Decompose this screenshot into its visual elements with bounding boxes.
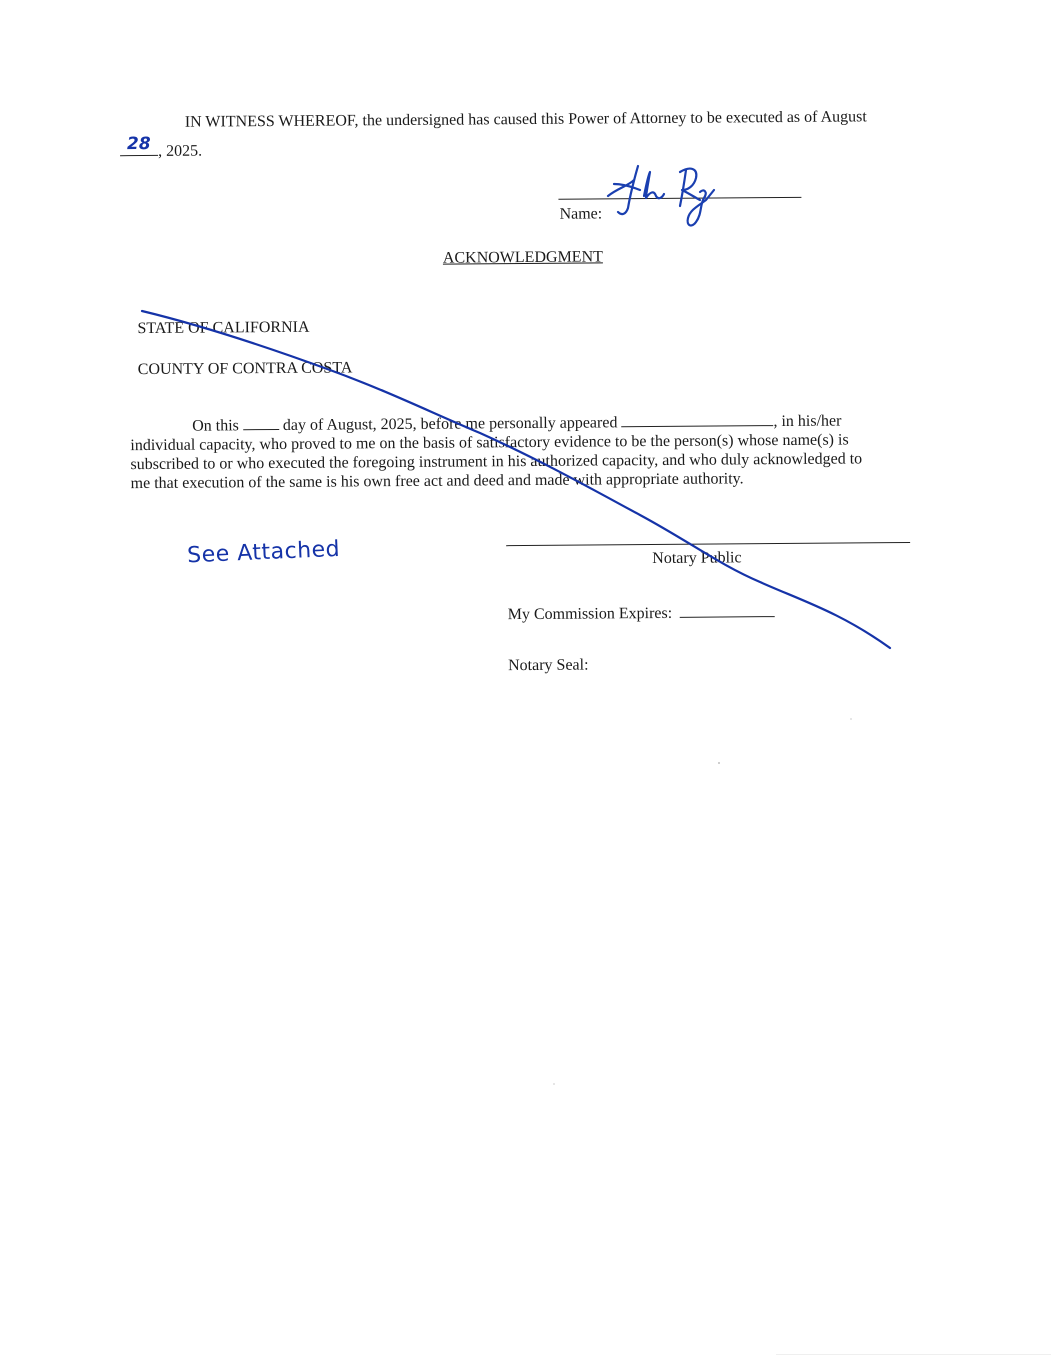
handwritten-day: 28 — [127, 135, 151, 154]
acknowledgment-title: ACKNOWLEDGMENT — [443, 247, 603, 267]
handwritten-see-attached: See Attached — [187, 537, 341, 569]
scan-speck — [850, 718, 852, 720]
day-blank: 28 — [120, 141, 158, 156]
day-field-blank — [243, 415, 279, 430]
acknowledgment-paragraph: On this day of August, 2025, before me p… — [130, 410, 931, 493]
notary-seal-label: Notary Seal: — [508, 656, 589, 676]
witness-date-line: 28 , 2025. — [120, 141, 202, 162]
document-page: IN WITNESS WHEREOF, the undersigned has … — [0, 0, 1055, 1365]
county-line: COUNTY OF CONTRA COSTA — [138, 358, 353, 379]
notary-signature-line — [506, 542, 910, 546]
signature-name-label: Name: — [559, 204, 602, 223]
witness-clause: IN WITNESS WHEREOF, the undersigned has … — [185, 107, 867, 131]
appeared-name-blank — [621, 411, 773, 427]
state-line: STATE OF CALIFORNIA — [137, 318, 309, 338]
scan-speck — [553, 1083, 555, 1085]
commission-expires-label: My Commission Expires: — [508, 602, 776, 624]
notary-public-label: Notary Public — [652, 548, 741, 568]
commission-expires-blank — [680, 602, 775, 618]
scan-speck — [718, 762, 720, 764]
signature-line — [558, 197, 801, 200]
scan-edge-line — [776, 1354, 1051, 1355]
witness-year: , 2025. — [158, 143, 202, 160]
